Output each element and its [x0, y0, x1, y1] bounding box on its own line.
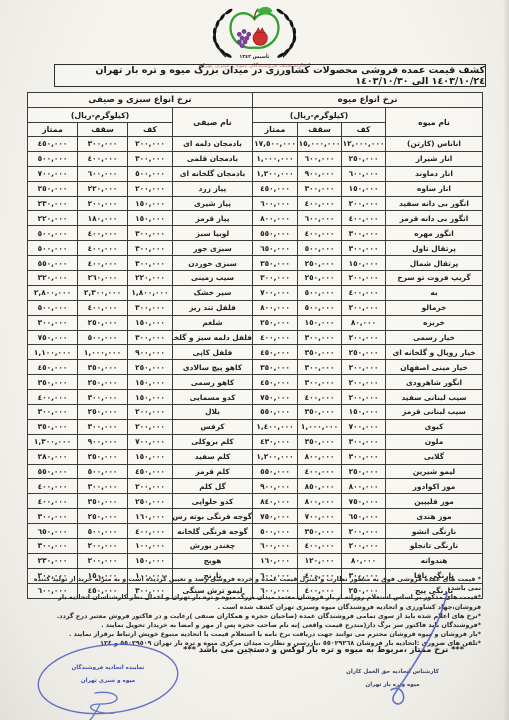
fruit-premium-cell: ١,٢٠٠,٠٠٠ — [253, 449, 298, 464]
fruit-premium-cell: ٦٥٠,٠٠٠ — [253, 241, 298, 256]
fruit-premium-cell: ١,٤٠٠,٠٠٠ — [253, 419, 298, 434]
table-row: سیب لبنانی سفید٢٠٠,٠٠٠٤٠٠,٠٠٠٧٥٠,٠٠٠کدو … — [28, 390, 483, 405]
veg-ceiling-header: سقف — [78, 123, 128, 137]
table-row: انگور مهره٣٠٠,٠٠٠٤٠٠,٠٠٠٥٥٠,٠٠٠لوبیا سبز… — [28, 226, 483, 241]
veg-floor-cell: ٢٥٠,٠٠٠ — [128, 494, 173, 509]
veg-floor-cell: ١٠٠,٠٠٠ — [128, 539, 173, 554]
veg-premium-cell: ٢٢٠,٠٠٠ — [28, 211, 78, 226]
fruit-name-cell: انار شیراز — [386, 151, 483, 166]
fruit-name-cell: خیار مینی اصفهان — [386, 360, 483, 375]
veg-name-cell: بادمجان دلمه ای — [173, 137, 253, 152]
fruit-name-cell: انار ساوه — [386, 181, 483, 196]
signature-block-left: نماینده اتحادیه فروشندگان میوه و سبزی ته… — [48, 662, 168, 688]
fruit-name-cell: ملون — [386, 434, 483, 449]
veg-name-cell: چغندر بورش — [173, 539, 253, 554]
fruit-unit-label: (کیلوگرم-ریال) — [253, 108, 386, 123]
fruit-name-header: نام میوه — [386, 108, 483, 137]
veg-floor-cell: ١٥٠,٠٠٠ — [128, 375, 173, 390]
fruit-ceiling-cell: ١٥,٠٠٠,٠٠٠ — [298, 137, 342, 152]
veg-unit-label: (کیلوگرم-ریال) — [28, 108, 173, 123]
veg-floor-cell: ٣٠٠,٠٠٠ — [128, 151, 173, 166]
veg-name-cell: سیب زمینی — [173, 271, 253, 286]
fruit-name-cell: به — [386, 285, 483, 300]
fruit-ceiling-cell: ٦٠٠,٠٠٠ — [298, 211, 342, 226]
veg-floor-cell: ٢٠٠,٠٠٠ — [128, 479, 173, 494]
fruit-floor-cell: ٨٠٠,٠٠٠ — [342, 479, 386, 494]
unit-header-row: نام میوه (کیلوگرم-ریال) نام صیفی (کیلوگر… — [28, 108, 483, 123]
veg-ceiling-cell: ١,٠٠٠,٠٠٠ — [78, 345, 128, 360]
fruit-name-cell: موز فلیپین — [386, 494, 483, 509]
veg-name-cell: گل کلم — [173, 479, 253, 494]
table-row: انار ساوه١٥٠,٠٠٠٣٠٠,٠٠٠٤٥٠,٠٠٠پیاز زرد٢٠… — [28, 181, 483, 196]
fruit-ceiling-cell: ٣٠٠,٠٠٠ — [298, 181, 342, 196]
veg-name-cell: سبزی جور — [173, 241, 253, 256]
fruit-floor-cell: ١٥٠,٠٠٠ — [342, 256, 386, 271]
veg-name-cell: پیاز قرمز — [173, 211, 253, 226]
veg-floor-cell: ٤٥٠,٠٠٠ — [128, 464, 173, 479]
table-row: گریپ فروت تو سرخ٢٠٠,٠٠٠٢٥٠,٠٠٠٣٠٠,٠٠٠سیب… — [28, 271, 483, 286]
fruit-floor-cell: ٢٠٠,٠٠٠ — [342, 330, 386, 345]
veg-premium-cell: ٥٠٠,٠٠٠ — [28, 300, 78, 315]
veg-name-cell: هویج — [173, 553, 253, 568]
fruit-section-header: نرخ انواع میوه — [253, 93, 483, 108]
fruit-premium-cell: ٨٠٠,٠٠٠ — [253, 300, 298, 315]
veg-floor-cell: ٢٠٠,٠٠٠ — [128, 419, 173, 434]
fruit-name-cell: گریپ فروت تو سرخ — [386, 271, 483, 286]
fruit-premium-cell: ٤٣٠,٠٠٠ — [253, 434, 298, 449]
table-row: هندوانه٨٠,٠٠٠١٢٠,٠٠٠١٦٠,٠٠٠هویج١٥٠,٠٠٠٢٠… — [28, 553, 483, 568]
fruit-premium-cell: ٢٥٠,٠٠٠ — [253, 315, 298, 330]
veg-premium-cell: ٢٣٠,٠٠٠ — [28, 196, 78, 211]
fruit-premium-cell: ١,٠٠٠,٠٠٠ — [253, 151, 298, 166]
fruit-ceiling-cell: ٧٠٠,٠٠٠ — [298, 509, 342, 524]
table-row: خربزه٨٠,٠٠٠١٥٠,٠٠٠٢٥٠,٠٠٠شلغم١٥٠,٠٠٠٢٥٠,… — [28, 315, 483, 330]
fruit-ceiling-cell: ٣٥٠,٠٠٠ — [298, 345, 342, 360]
fruit-premium-cell: ٧٥٠,٠٠٠ — [253, 509, 298, 524]
veg-premium-cell: ٢,٨٠٠,٠٠٠ — [28, 285, 78, 300]
veg-floor-cell: ٢٢٠,٠٠٠ — [128, 271, 173, 286]
footnote-line: *نرخ های اعلام شده باید از سوی تمامی فرو… — [29, 612, 481, 621]
veg-floor-header: کف — [128, 123, 173, 137]
fruit-name-cell: خربزه — [386, 315, 483, 330]
table-row: اناناس (کارتن)١٢,٠٠٠,٠٠٠١٥,٠٠٠,٠٠٠١٧,٥٠٠… — [28, 137, 483, 152]
fruit-ceiling-cell: ٤٠٠,٠٠٠ — [298, 464, 342, 479]
veg-floor-cell: ٣٠٠,٠٠٠ — [128, 256, 173, 271]
veg-name-cell: لوبیا سبز — [173, 226, 253, 241]
fruit-ceiling-cell: ٣٥٠,٠٠٠ — [298, 405, 342, 420]
veg-ceiling-cell: ٤٠٠,٠٠٠ — [78, 151, 128, 166]
fruit-floor-cell: ٢٥٠,٠٠٠ — [342, 464, 386, 479]
veg-name-cell: پیاز زرد — [173, 181, 253, 196]
veg-name-cell: کدو مسمایی — [173, 390, 253, 405]
veg-premium-cell: ٣٥٠,٠٠٠ — [28, 375, 78, 390]
veg-ceiling-cell: ٢,٣٠٠,٠٠٠ — [78, 285, 128, 300]
fruit-name-cell: نارنگی انشو — [386, 524, 483, 539]
veg-name-cell: فلفل دلمه سبز و گلخانه — [173, 330, 253, 345]
veg-floor-cell: ٢٥٠,٠٠٠ — [128, 360, 173, 375]
veg-premium-cell: ٣٠٠,٠٠٠ — [28, 509, 78, 524]
fruit-name-cell: انگور بی دانه سفید — [386, 196, 483, 211]
table-row: پرتقال شمال١٥٠,٠٠٠٢٥٠,٠٠٠٣٥٠,٠٠٠سبزی خور… — [28, 256, 483, 271]
fruit-ceiling-cell: ٥٠٠,٠٠٠ — [298, 241, 342, 256]
veg-ceiling-cell: ٢٥٠,٠٠٠ — [78, 375, 128, 390]
fruit-ceiling-cell: ٥٠٠,٠٠٠ — [298, 285, 342, 300]
fruit-name-cell: لیمو شیرین — [386, 464, 483, 479]
veg-name-header: نام صیفی — [173, 108, 253, 137]
veg-floor-cell: ٣٠٠,٠٠٠ — [128, 226, 173, 241]
table-row: خیار مینی اصفهان٢٠٠,٠٠٠٣٠٠,٠٠٠٣٥٠,٠٠٠کاه… — [28, 360, 483, 375]
veg-floor-cell: ١٦٠,٠٠٠ — [128, 509, 173, 524]
fruit-ceiling-cell: ٩٠٠,٠٠٠ — [298, 166, 342, 181]
table-row: نارنگی تانجلو٢٠٠,٠٠٠٤٠٠,٠٠٠٦٠٠,٠٠٠چغندر … — [28, 539, 483, 554]
table-row: موز هندی٦٥٠,٠٠٠٧٠٠,٠٠٠٧٥٠,٠٠٠گوجه فرنگی … — [28, 509, 483, 524]
veg-ceiling-cell: ٣٠٠,٠٠٠ — [78, 137, 128, 152]
fruit-name-cell: هندوانه — [386, 553, 483, 568]
fruit-name-cell: گلابی — [386, 449, 483, 464]
veg-ceiling-cell: ٢٥٠,٠٠٠ — [78, 509, 128, 524]
veg-floor-cell: ٣٠٠,٠٠٠ — [128, 330, 173, 345]
table-row: سیب لبنانی قرمز١٥٠,٠٠٠٣٥٠,٠٠٠٥٥٠,٠٠٠بلال… — [28, 405, 483, 420]
veg-premium-cell: ٢٨٠,٠٠٠ — [28, 449, 78, 464]
veg-floor-cell: ٢٠٠,٠٠٠ — [128, 137, 173, 152]
fruit-floor-cell: ٣٠٠,٠٠٠ — [342, 226, 386, 241]
signature-right-title: کارشناس اتحادیه حق العمل کاران — [320, 666, 465, 679]
veg-floor-cell: ١٥٠,٠٠٠ — [128, 553, 173, 568]
table-row: پرتقال تاول٣٠٠,٠٠٠٥٠٠,٠٠٠٦٥٠,٠٠٠سبزی جور… — [28, 241, 483, 256]
veg-name-cell: سیر خشک — [173, 285, 253, 300]
veg-ceiling-cell: ٢٠٠,٠٠٠ — [78, 539, 128, 554]
veg-ceiling-cell: ١٨٠,٠٠٠ — [78, 211, 128, 226]
table-row: انگور بی دانه سفید٢٠٠,٠٠٠٤٠٠,٠٠٠٦٠٠,٠٠٠پ… — [28, 196, 483, 211]
fruit-floor-cell: ١٥٠,٠٠٠ — [342, 405, 386, 420]
veg-floor-cell: ٤٠٠,٠٠٠ — [128, 524, 173, 539]
veg-ceiling-cell: ٤٠٠,٠٠٠ — [78, 241, 128, 256]
table-row: خیار رویال و گلخانه ای٢٥٠,٠٠٠٣٥٠,٠٠٠٤٥٠,… — [28, 345, 483, 360]
veg-ceiling-cell: ٤٠٠,٠٠٠ — [78, 226, 128, 241]
veg-floor-cell: ١٥٠,٠٠٠ — [128, 449, 173, 464]
fruit-floor-cell: ٧٠٠,٠٠٠ — [342, 419, 386, 434]
veg-name-cell: بلال — [173, 405, 253, 420]
fruit-ceiling-cell: ٨٠٠,٠٠٠ — [298, 494, 342, 509]
fruit-floor-cell: ١٥٠,٠٠٠ — [342, 181, 386, 196]
veg-premium-cell: ٢٣٠,٠٠٠ — [28, 553, 78, 568]
fruit-name-cell: موز اکوادور — [386, 479, 483, 494]
veg-ceiling-cell: ٢٥٠,٠٠٠ — [78, 315, 128, 330]
table-row: موز فلیپین٧٥٠,٠٠٠٨٠٠,٠٠٠٨٤٠,٠٠٠کدو حلوای… — [28, 494, 483, 509]
fruit-ceiling-cell: ٤٠٠,٠٠٠ — [298, 226, 342, 241]
veg-premium-cell: ٥٠٠,٠٠٠ — [28, 241, 78, 256]
fruit-premium-cell: ٥٥٠,٠٠٠ — [253, 405, 298, 420]
table-row: نارنگی انشو٢٠٠,٠٠٠٣٥٠,٠٠٠٥٠٠,٠٠٠گوجه فرن… — [28, 524, 483, 539]
veg-premium-cell: ١,١٠٠,٠٠٠ — [28, 345, 78, 360]
fruit-name-cell: سیب لبنانی سفید — [386, 390, 483, 405]
fruit-ceiling-cell: ٥٠٠,٠٠٠ — [298, 300, 342, 315]
veg-ceiling-cell: ٥٠٠,٠٠٠ — [78, 464, 128, 479]
veg-name-cell: شلغم — [173, 315, 253, 330]
veg-floor-cell: ١٥٠,٠٠٠ — [128, 315, 173, 330]
table-row: خیار رسمی٢٠٠,٠٠٠٣٠٠,٠٠٠٤٠٠,٠٠٠فلفل دلمه … — [28, 330, 483, 345]
veg-ceiling-cell: ٣٠٠,٠٠٠ — [78, 390, 128, 405]
footnote-line: *بار فروشان و میوه فروشان محترم می توانن… — [29, 630, 481, 639]
veg-ceiling-cell: ٣٥٠,٠٠٠ — [78, 360, 128, 375]
veg-premium-cell: ٧٠٠,٠٠٠ — [28, 166, 78, 181]
stamp-flourish — [90, 692, 117, 720]
fruit-premium-cell: ٨٤٠,٠٠٠ — [253, 494, 298, 509]
fruit-premium-cell: ٣٥٠,٠٠٠ — [253, 360, 298, 375]
fruit-floor-cell: ٢٠٠,٠٠٠ — [342, 539, 386, 554]
fruit-ceiling-cell: ٤٠٠,٠٠٠ — [298, 196, 342, 211]
fruit-name-cell: انگور مهره — [386, 226, 483, 241]
fruit-floor-cell: ٣٠٠,٠٠٠ — [342, 434, 386, 449]
fruit-premium-cell: ١٧,٥٠٠,٠٠٠ — [253, 137, 298, 152]
fruit-premium-cell: ٨٠٠,٠٠٠ — [253, 211, 298, 226]
veg-name-cell: بادمجان قلمی — [173, 151, 253, 166]
fruit-floor-cell: ٢٥٠,٠٠٠ — [342, 345, 386, 360]
veg-floor-cell: ٣٠٠,٠٠٠ — [128, 241, 173, 256]
fruit-floor-cell: ٤٠٠,٠٠٠ — [342, 285, 386, 300]
fruit-floor-cell: ٢٠٠,٠٠٠ — [342, 271, 386, 286]
veg-premium-cell: ٤٠٠,٠٠٠ — [28, 494, 78, 509]
veg-ceiling-cell: ٢٢٠,٠٠٠ — [78, 181, 128, 196]
fruit-ceiling-cell: ٣٥٠,٠٠٠ — [298, 434, 342, 449]
fruit-floor-cell: ٢٠٠,٠٠٠ — [342, 375, 386, 390]
fruit-floor-cell: ٨٠,٠٠٠ — [342, 553, 386, 568]
veg-name-cell: فلفل تند ریز — [173, 300, 253, 315]
fruit-premium-cell: ٦٠٠,٠٠٠ — [253, 539, 298, 554]
fruit-premium-cell: ٧٥٠,٠٠٠ — [253, 390, 298, 405]
table-row: خرمالو٢٠٠,٠٠٠٥٠٠,٠٠٠٨٠٠,٠٠٠فلفل تند ریز٣… — [28, 300, 483, 315]
table-row: انگور شاهرودی٢٠٠,٠٠٠٣٠٠,٠٠٠٤٥٠,٠٠٠کاهو ر… — [28, 375, 483, 390]
veg-ceiling-cell: ٣٠٠,٠٠٠ — [78, 419, 128, 434]
veg-premium-cell: ٤٥٠,٠٠٠ — [28, 360, 78, 375]
fruit-name-cell: انگور بی دانه قرمز — [386, 211, 483, 226]
veg-ceiling-cell: ٢٠٠,٠٠٠ — [78, 196, 128, 211]
section-header-row: نرخ انواع میوه نرخ انواع سبزی و صیفی — [28, 93, 483, 108]
fruit-premium-cell: ٣٠٠,٠٠٠ — [253, 271, 298, 286]
veg-section-header: نرخ انواع سبزی و صیفی — [28, 93, 253, 108]
fruit-ceiling-cell: ٣٠٠,٠٠٠ — [298, 330, 342, 345]
veg-ceiling-cell: ٢٦٠,٠٠٠ — [78, 271, 128, 286]
table-row: به٤٠٠,٠٠٠٥٠٠,٠٠٠٧٠٠,٠٠٠سیر خشک١,٨٠٠,٠٠٠٢… — [28, 285, 483, 300]
union-logo: تأسیس ١٣٤٢ اتحادیه صنف فروشندگان میوه و … — [197, 3, 312, 69]
veg-premium-cell: ٥٠٠,٠٠٠ — [28, 151, 78, 166]
veg-name-cell: کاهو پیچ سالادی — [173, 360, 253, 375]
veg-name-cell: گوجه فرنگی گلخانه — [173, 524, 253, 539]
veg-name-cell: کدو حلوایی — [173, 494, 253, 509]
veg-name-cell: فلفل کاپی — [173, 345, 253, 360]
fruit-ceiling-cell: ٤٠٠,٠٠٠ — [298, 539, 342, 554]
fruit-premium-cell: ٦٠٠,٠٠٠ — [253, 196, 298, 211]
veg-premium-cell: ٣٠٠,٠٠٠ — [28, 539, 78, 554]
table-row: انگور بی دانه قرمز٤٠٠,٠٠٠٦٠٠,٠٠٠٨٠٠,٠٠٠پ… — [28, 211, 483, 226]
veg-floor-cell: ٥٠٠,٠٠٠ — [128, 166, 173, 181]
fruit-name-cell: اناناس (کارتن) — [386, 137, 483, 152]
fruit-ceiling-cell: ٦٠٠,٠٠٠ — [298, 151, 342, 166]
fruit-ceiling-cell: ١,٠٠٠,٠٠٠ — [298, 419, 342, 434]
fruit-floor-cell: ٣٠٠,٠٠٠ — [342, 241, 386, 256]
veg-floor-cell: ٩٠٠,٠٠٠ — [128, 345, 173, 360]
veg-floor-cell: ٢٠٠,٠٠٠ — [128, 181, 173, 196]
veg-premium-cell: ٤٠٠,٠٠٠ — [28, 479, 78, 494]
fruit-floor-cell: ٨٠,٠٠٠ — [342, 315, 386, 330]
footnote-line: *فروشندگان باید فاکتور سر برگ دار(مندرج … — [29, 621, 481, 630]
premium-note: *** نرخ ممتاز ،مربوط به میوه و تره بار ل… — [28, 644, 474, 654]
pomegranate-icon — [253, 28, 267, 46]
veg-floor-cell: ٣٠٠,٠٠٠ — [128, 300, 173, 315]
fruit-premium-cell: ٧٠٠,٠٠٠ — [253, 285, 298, 300]
fruit-floor-cell: ٣٠٠,٠٠٠ — [342, 449, 386, 464]
veg-premium-cell: ٣٠٠,٠٠٠ — [28, 315, 78, 330]
fruit-premium-cell: ٥٠٠,٠٠٠ — [253, 524, 298, 539]
veg-premium-cell: ٣٥٠,٠٠٠ — [28, 419, 78, 434]
footnotes: * قیمت های عمده فروشی فوق به منظور نظارت… — [29, 575, 481, 649]
veg-name-cell: گوجه فرنگی بوته رس — [173, 509, 253, 524]
fruit-floor-cell: ٦٠٠,٠٠٠ — [342, 166, 386, 181]
fruit-name-cell: انار دماوند — [386, 166, 483, 181]
logo-established-label: تأسیس ١٣٤٢ — [239, 53, 269, 60]
fruit-floor-cell: ٧٥٠,٠٠٠ — [342, 494, 386, 509]
veg-premium-cell: ٣٢٠,٠٠٠ — [28, 271, 78, 286]
fruit-name-cell: پرتقال شمال — [386, 256, 483, 271]
veg-premium-cell: ٢٥٠,٠٠٠ — [28, 181, 78, 196]
veg-name-cell: کرفس — [173, 419, 253, 434]
union-logo-emblem: تأسیس ١٣٤٢ — [197, 3, 312, 60]
fruit-ceiling-cell: ١٢٠,٠٠٠ — [298, 553, 342, 568]
fruit-name-cell: خیار رسمی — [386, 330, 483, 345]
fruit-floor-cell: ٢٠٠,٠٠٠ — [342, 524, 386, 539]
fruit-name-cell: نارنگی تانجلو — [386, 539, 483, 554]
fruit-ceiling-cell: ١٥٠,٠٠٠ — [298, 315, 342, 330]
fruit-ceiling-cell: ٣٥٠,٠٠٠ — [298, 524, 342, 539]
footnote-line: *قیمت های مذکور بر اساس استعلام روزانه ا… — [29, 593, 481, 611]
price-table: نرخ انواع میوه نرخ انواع سبزی و صیفی نام… — [27, 92, 483, 599]
veg-ceiling-cell: ٢٠٠,٠٠٠ — [78, 553, 128, 568]
fruit-floor-cell: ٢٠٠,٠٠٠ — [342, 390, 386, 405]
fruit-premium-cell: ٣٥٠,٠٠٠ — [253, 256, 298, 271]
veg-name-cell: پیاز شیری — [173, 196, 253, 211]
veg-floor-cell: ١٥٠,٠٠٠ — [128, 211, 173, 226]
veg-premium-cell: ٦٥٠,٠٠٠ — [28, 524, 78, 539]
fruit-ceiling-cell: ٢٥٠,٠٠٠ — [298, 256, 342, 271]
veg-floor-cell: ١٥٠,٠٠٠ — [128, 196, 173, 211]
veg-ceiling-cell: ٩٠٠,٠٠٠ — [78, 434, 128, 449]
veg-floor-cell: ١٥٠,٠٠٠ — [128, 390, 173, 405]
veg-ceiling-cell: ٢٥٠,٠٠٠ — [78, 449, 128, 464]
veg-ceiling-cell: ٤٠٠,٠٠٠ — [78, 300, 128, 315]
fruit-floor-cell: ٢٠٠,٠٠٠ — [342, 196, 386, 211]
fruit-ceiling-cell: ٨٠٠,٠٠٠ — [298, 449, 342, 464]
veg-ceiling-cell: ٥٠٠,٠٠٠ — [78, 330, 128, 345]
veg-name-cell: کاهو رسمی — [173, 375, 253, 390]
veg-premium-cell: ٤٥٠,٠٠٠ — [28, 137, 78, 152]
fruit-ceiling-cell: ٤٠٠,٠٠٠ — [298, 390, 342, 405]
fruit-premium-cell: ٥٥٠,٠٠٠ — [253, 226, 298, 241]
fruit-name-cell: کیوی — [386, 419, 483, 434]
fruit-floor-cell: ٢٠٠,٠٠٠ — [342, 300, 386, 315]
signature-left-title: نماینده اتحادیه فروشندگان — [48, 662, 168, 675]
veg-premium-cell: ١,٣٠٠,٠٠٠ — [28, 434, 78, 449]
fruit-premium-cell: ٤٥٠,٠٠٠ — [253, 181, 298, 196]
fruit-floor-cell: ٦٥٠,٠٠٠ — [342, 509, 386, 524]
fruit-ceiling-cell: ٨٥٠,٠٠٠ — [298, 479, 342, 494]
footnote-line: * قیمت های عمده فروشی فوق به منظور نظارت… — [29, 575, 481, 593]
fruit-ceiling-cell: ٢٥٠,٠٠٠ — [298, 271, 342, 286]
fruit-premium-cell: ١٦٠,٠٠٠ — [253, 553, 298, 568]
veg-premium-cell: ٣٠٠,٠٠٠ — [28, 405, 78, 420]
fruit-floor-cell: ٤٠٠,٠٠٠ — [342, 211, 386, 226]
fruit-premium-cell: ٤٠٠,٠٠٠ — [253, 330, 298, 345]
fruit-floor-cell: ٢٥٠,٠٠٠ — [342, 151, 386, 166]
table-row: موز اکوادور٨٠٠,٠٠٠٨٥٠,٠٠٠٩٠٠,٠٠٠گل کلم٢٠… — [28, 479, 483, 494]
fruit-name-cell: انگور شاهرودی — [386, 375, 483, 390]
veg-name-cell: بادمجان گلخانه ای — [173, 166, 253, 181]
fruit-ceiling-cell: ٣٠٠,٠٠٠ — [298, 360, 342, 375]
fruit-floor-cell: ١٢,٠٠٠,٠٠٠ — [342, 137, 386, 152]
table-row: لیمو شیرین٢٥٠,٠٠٠٤٠٠,٠٠٠٥٥٠,٠٠٠کلم قرمز٤… — [28, 464, 483, 479]
signature-right-subtitle: میوه وتره بار تهران — [320, 679, 465, 692]
signature-left-subtitle: میوه و سبزی تهران — [48, 675, 168, 688]
table-row: انار دماوند٦٠٠,٠٠٠٩٠٠,٠٠٠١,٢٠٠,٠٠٠بادمجا… — [28, 166, 483, 181]
table-row: کیوی٧٠٠,٠٠٠١,٠٠٠,٠٠٠١,٤٠٠,٠٠٠کرفس٢٠٠,٠٠٠… — [28, 419, 483, 434]
veg-ceiling-cell: ٣٠٠,٠٠٠ — [78, 479, 128, 494]
veg-premium-cell: ٧٥٠,٠٠٠ — [28, 330, 78, 345]
veg-name-cell: سبزی خوردن — [173, 256, 253, 271]
veg-premium-cell: ٥٥٠,٠٠٠ — [28, 464, 78, 479]
fruit-ceiling-cell: ٣٠٠,٠٠٠ — [298, 375, 342, 390]
fruit-name-cell: سیب لبنانی قرمز — [386, 405, 483, 420]
veg-name-cell: کلم سفید — [173, 449, 253, 464]
fruit-premium-cell: ١,٢٠٠,٠٠٠ — [253, 166, 298, 181]
veg-ceiling-cell: ٦٠٠,٠٠٠ — [78, 166, 128, 181]
veg-premium-cell: ٤٠٠,٠٠٠ — [28, 390, 78, 405]
veg-name-cell: کلم قرمز — [173, 464, 253, 479]
fruit-premium-cell: ٩٠٠,٠٠٠ — [253, 479, 298, 494]
document-title: کشف قیمت عمده فروشی محصولات کشاورزی در م… — [54, 64, 486, 87]
veg-premium-cell: ٥٠٠,٠٠٠ — [28, 226, 78, 241]
table-row: گلابی٣٠٠,٠٠٠٨٠٠,٠٠٠١,٢٠٠,٠٠٠کلم سفید١٥٠,… — [28, 449, 483, 464]
fruit-ceiling-header: سقف — [298, 123, 342, 137]
veg-ceiling-cell: ٢٥٠,٠٠٠ — [78, 405, 128, 420]
veg-premium-header: ممتاز — [28, 123, 78, 137]
veg-ceiling-cell: ٤٠٠,٠٠٠ — [78, 256, 128, 271]
fruit-name-cell: خرمالو — [386, 300, 483, 315]
fruit-floor-cell: ٢٠٠,٠٠٠ — [342, 360, 386, 375]
fruit-floor-header: کف — [342, 123, 386, 137]
veg-floor-cell: ٢٠٠,٠٠٠ — [128, 405, 173, 420]
fruit-premium-cell: ٥٥٠,٠٠٠ — [253, 464, 298, 479]
veg-floor-cell: ١,٨٠٠,٠٠٠ — [128, 285, 173, 300]
veg-floor-cell: ٧٠٠,٠٠٠ — [128, 434, 173, 449]
fruit-premium-header: ممتاز — [253, 123, 298, 137]
veg-ceiling-cell: ٣٥٠,٠٠٠ — [78, 494, 128, 509]
fruit-name-cell: پرتقال تاول — [386, 241, 483, 256]
fruit-name-cell: موز هندی — [386, 509, 483, 524]
veg-ceiling-cell: ٥٠٠,٠٠٠ — [78, 524, 128, 539]
table-row: انار شیراز٢٥٠,٠٠٠٦٠٠,٠٠٠١,٠٠٠,٠٠٠بادمجان… — [28, 151, 483, 166]
veg-premium-cell: ٥٥٠,٠٠٠ — [28, 256, 78, 271]
fruit-premium-cell: ٤٥٠,٠٠٠ — [253, 375, 298, 390]
fruit-premium-cell: ٤٥٠,٠٠٠ — [253, 345, 298, 360]
scanned-price-list-page: تأسیس ١٣٤٢ اتحادیه صنف فروشندگان میوه و … — [0, 0, 509, 720]
fruit-name-cell: خیار رویال و گلخانه ای — [386, 345, 483, 360]
price-table-body: اناناس (کارتن)١٢,٠٠٠,٠٠٠١٥,٠٠٠,٠٠٠١٧,٥٠٠… — [28, 137, 483, 599]
table-row: ملون٣٠٠,٠٠٠٣٥٠,٠٠٠٤٣٠,٠٠٠کلم بروکلی٧٠٠,٠… — [28, 434, 483, 449]
signature-block-right: کارشناس اتحادیه حق العمل کاران میوه وتره… — [320, 666, 465, 692]
veg-name-cell: کلم بروکلی — [173, 434, 253, 449]
